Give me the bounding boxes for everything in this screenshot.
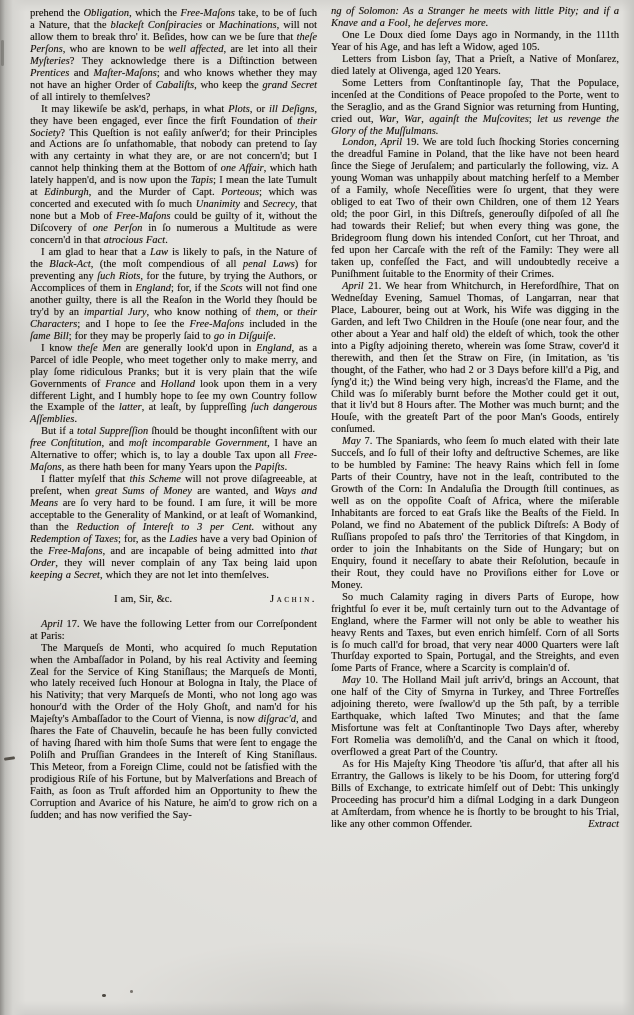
italic-phrase: penal Laws [243, 259, 295, 270]
italic-phrase: Free-Maſons [116, 211, 170, 222]
paragraph: One Le Doux died ſome Days ago in Norman… [331, 30, 619, 54]
italic-phrase: one Affair [221, 163, 264, 174]
paragraph: I flatter myſelf that this Scheme will n… [30, 474, 317, 582]
italic-phrase: London [342, 137, 374, 148]
paragraph: ng of Solomon: As a Stranger he meets wi… [331, 6, 619, 30]
italic-phrase: Law [150, 247, 168, 258]
italic-phrase: this Scheme [130, 474, 181, 485]
italic-phrase: Machinations [219, 20, 277, 31]
paragraph: So much Calamity raging in divers Parts … [331, 592, 619, 676]
italic-phrase: go in Diſguiſe [214, 331, 273, 342]
italic-phrase: Free-Maſons [180, 8, 234, 19]
paragraph: London, April 19. We are told ſuch ſhock… [331, 137, 619, 280]
italic-phrase: atrocious Fact [104, 235, 166, 246]
paragraph: May 10. The Holland Mail juſt arriv'd, b… [331, 675, 619, 759]
italic-phrase: ng of Solomon: As a Stranger he meets wi… [331, 6, 619, 29]
italic-phrase: Ladies [169, 534, 197, 545]
italic-phrase: well affected [168, 44, 223, 55]
paragraph: April 17. We have the following Letter f… [30, 619, 317, 643]
newspaper-page: prehend the Obligation, which the Free-M… [0, 0, 634, 1015]
italic-phrase: Plots [228, 104, 250, 115]
paragraph: As for His Majeſty King Theodore 'tis aſ… [331, 759, 619, 831]
letter-signoff: I am, Sir, &c.Jachin. [30, 594, 317, 606]
italic-phrase: War [379, 114, 396, 125]
signoff-text: I am, Sir, &c. [114, 594, 172, 606]
paragraph: The Marqueſs de Monti, who acquired ſo m… [30, 643, 317, 822]
italic-phrase: keeping a Secret [30, 570, 100, 581]
italic-phrase: Black-Act [49, 259, 90, 270]
italic-phrase: latter [119, 402, 142, 413]
italic-phrase: Prentices [30, 68, 69, 79]
italic-phrase: Free-Maſons [190, 319, 244, 330]
italic-phrase: April [342, 281, 364, 292]
italic-phrase: grand Secret [262, 80, 317, 91]
italic-phrase: Scots [220, 283, 242, 294]
paragraph: Some Letters from Conſtantinople ſay, Th… [331, 78, 619, 138]
italic-phrase: Edinburgh [44, 187, 89, 198]
italic-phrase: Free-Maſons [48, 546, 102, 557]
italic-phrase: ſuch Riots [97, 271, 140, 282]
italic-phrase: Holland [161, 379, 195, 390]
italic-phrase: great Sums of Money [95, 486, 192, 497]
paragraph: It may likewiſe be ask'd, perhaps, in wh… [30, 104, 317, 247]
italic-phrase: Maſter-Maſons [93, 68, 156, 79]
binding-shadow-mark [1, 40, 4, 66]
italic-phrase: total Suppreſſion [77, 426, 148, 437]
italic-phrase: Porteous [221, 187, 259, 198]
italic-phrase: Unanimity [196, 199, 240, 210]
ink-speck [102, 994, 106, 997]
italic-phrase: Tapis [191, 175, 213, 186]
paragraph: April 21. We hear from Whitchurch, in He… [331, 281, 619, 436]
signature-jachin: Jachin. [270, 594, 317, 606]
italic-phrase: Cabaliſts [156, 80, 195, 91]
italic-phrase: Papiſts [255, 462, 285, 473]
italic-phrase: April [381, 137, 403, 148]
italic-phrase: free Conſtitution [30, 438, 102, 449]
ink-speck [4, 756, 15, 761]
ink-speck [130, 990, 133, 993]
italic-phrase: Myſteries [30, 56, 70, 67]
italic-phrase: England [256, 343, 292, 354]
italic-phrase: impartial Jury [84, 307, 147, 318]
italic-phrase: ſuch dangerous Aſſemblies [30, 402, 317, 425]
italic-phrase: againſt the Muſcovites [429, 114, 529, 125]
italic-phrase: War [404, 114, 421, 125]
italic-phrase: their Society [30, 116, 317, 139]
italic-phrase: Obligation [84, 8, 130, 19]
right-column: ng of Solomon: As a Stranger he meets wi… [331, 6, 619, 831]
paragraph: But if a total Suppreſſion ſhould be tho… [30, 426, 317, 474]
italic-phrase: them [256, 307, 276, 318]
italic-phrase: April [41, 619, 63, 630]
italic-phrase: May [342, 436, 361, 447]
italic-phrase: France [105, 379, 135, 390]
paragraph: I am glad to hear that a Law is likely t… [30, 247, 317, 343]
paragraph: Letters from Lisbon ſay, That a Prieſt, … [331, 54, 619, 78]
italic-phrase: ſame Bill [30, 331, 69, 342]
italic-phrase: moſt incomparable Government [129, 438, 267, 449]
paragraph: May 7. The Spaniards, who ſeem ſo much e… [331, 436, 619, 591]
italic-phrase: Reduction of Intereſt to 3 per Cent. [76, 522, 254, 533]
italic-phrase: ill Deſigns [269, 104, 314, 115]
paragraph: prehend the Obligation, which the Free-M… [30, 8, 317, 104]
italic-phrase: blackeſt Conſpiracies [110, 20, 202, 31]
left-column: prehend the Obligation, which the Free-M… [30, 8, 317, 822]
italic-phrase: theſe Men [77, 343, 121, 354]
italic-phrase: Redemption of Taxes [30, 534, 118, 545]
italic-phrase: Secrecy [263, 199, 295, 210]
italic-phrase: diſgrac'd [258, 714, 296, 725]
italic-phrase: England [135, 283, 171, 294]
italic-phrase: one Perſon [93, 223, 143, 234]
catchword: Extract [577, 819, 619, 831]
paragraph: I know theſe Men are generally look'd up… [30, 343, 317, 427]
italic-phrase: May [342, 675, 361, 686]
